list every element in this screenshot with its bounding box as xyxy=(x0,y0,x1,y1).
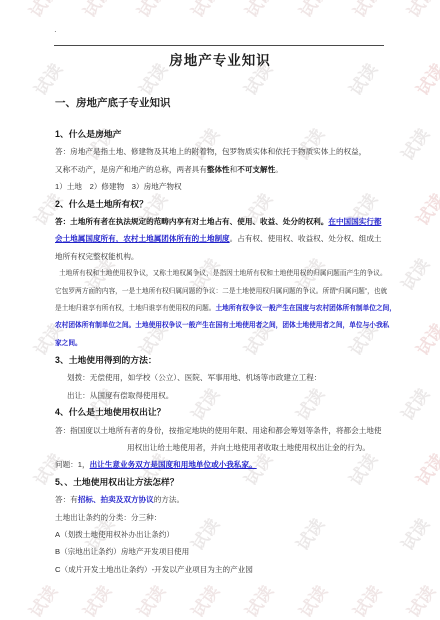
watermark-text: 试读 xyxy=(409,447,440,489)
watermark-text: 试读 xyxy=(400,579,440,620)
text-run: 1、什么是房地产 xyxy=(55,129,121,139)
watermark-text: 试读 xyxy=(292,0,332,22)
text-run: 答：房地产是指土地、修建物及其地上的附着物，包罗物质实体和依托于物质实体上的权益… xyxy=(55,147,366,156)
doc-line: 3、土地使用得到的方法： xyxy=(55,352,387,369)
watermark-text: 试读 xyxy=(130,0,170,22)
doc-line: 会土地属国度所有，农村土地属团体所有的土地制度。占有权、使用权、收益权、处分权、… xyxy=(55,230,387,247)
text-run: A（划拨土地使用权补办出让条约） xyxy=(55,530,174,539)
text-run: 答：指国度以土地所有者的身份，按指定地块的使用年限、用途和都会筹划等条件，将都会… xyxy=(55,426,382,435)
watermark-text: 试读 xyxy=(76,579,116,620)
text-run: 3、土地使用得到的方法： xyxy=(55,355,157,365)
doc-line: 答：指国度以土地所有者的身份，按指定地块的使用年限、用途和都会筹划等条件，将都会… xyxy=(55,422,387,439)
watermark-text: 试读 xyxy=(394,382,434,424)
doc-line: B（宗地出让条约）房地产开发项目使用 xyxy=(55,543,387,560)
text-run: 家之间。 xyxy=(55,340,82,347)
doc-line: 答：有招标、拍卖及双方协议的方法。 xyxy=(55,491,387,508)
text-run: 。占有权、使用权、收益权、处分权、组成土 xyxy=(230,234,382,243)
watermark-text: 试读 xyxy=(394,122,434,164)
text-run: C（成片开发土地出让条约）-开发以产业项目为主的产业园 xyxy=(55,565,253,574)
text-run: 土地所有权争议一般产生在国度与农村团体所有制单位之间， xyxy=(216,305,397,312)
text-run: 2、什么是土地所有权？ xyxy=(55,199,148,209)
doc-line: 1、什么是房地产 xyxy=(55,126,387,143)
text-run: 出让生意业务双方是国度和用地单位或小我私家。 xyxy=(90,460,257,469)
text-run: 1）土地 2）修建物 3）房地产物权 xyxy=(55,182,182,191)
doc-line: 地所有权完整权能机构。 xyxy=(55,248,387,265)
doc-line: 用权出让给土地使用者，并向土地使用者收取土地使用权出让金的行为。 xyxy=(55,439,387,456)
text-run: 土地所有权和土地使用权争议，又称土地权属争议，是指因土地所有权和土地使用权的归属… xyxy=(59,270,387,277)
text-run: 整体性 xyxy=(207,165,230,174)
text-run: 招标、拍卖及双方协议 xyxy=(78,495,154,504)
header-rule xyxy=(54,45,384,46)
watermark-text: 试读 xyxy=(394,512,434,554)
doc-line: 5、、土地使用权出让方法怎样？ xyxy=(55,474,387,491)
watermark-text: 试读 xyxy=(292,579,332,620)
watermark-text: 试读 xyxy=(346,579,386,620)
watermark-text: 试读 xyxy=(22,579,62,620)
text-run: 地所有权完整权能机构。 xyxy=(55,252,139,261)
doc-line: 出让：从国度有偿取得使用权。 xyxy=(55,387,387,404)
text-run: 划拨：无偿使用，如学校（公立）、医院、军事用地、机场等市政建立工程： xyxy=(67,373,321,382)
watermark-text: 试读 xyxy=(76,0,116,22)
text-run: 它包罗两方面的内容，一是土地所有权归属问题的争议：二是土地使用权归属问题的争议。… xyxy=(55,288,387,295)
watermark-text: 试读 xyxy=(394,252,434,294)
text-run: 答：土地所有者在执法规定的范畴内享有对土地占有、使用、收益、处分的权利。 xyxy=(55,217,328,226)
section-heading: 一、房地产底子专业知识 xyxy=(55,95,171,110)
doc-line: 答：土地所有者在执法规定的范畴内享有对土地占有、使用、收益、处分的权利。在中国国… xyxy=(55,213,387,230)
doc-line: 是土地归谁享有所有权，土地归谁享有使用权的问题。土地所有权争议一般产生在国度与农… xyxy=(55,300,387,317)
doc-line: 1）土地 2）修建物 3）房地产物权 xyxy=(55,178,387,195)
document-body: 1、什么是房地产答：房地产是指土地、修建物及其地上的附着物，包罗物质实体和依托于… xyxy=(55,126,387,578)
doc-line: 家之间。 xyxy=(55,335,387,352)
text-run: 会土地属国度所有，农村土地属团体所有的土地制度 xyxy=(55,234,230,243)
doc-line: C（成片开发土地出让条约）-开发以产业项目为主的产业园 xyxy=(55,561,387,578)
watermark-text: 试读 xyxy=(238,579,278,620)
doc-line: 农村团体所有制单位之间。土地使用权争议一般产生在国有土地使用者之间，团体土地使用… xyxy=(55,317,387,334)
text-run: 是土地归谁享有所有权，土地归谁享有使用权的问题。 xyxy=(55,305,216,312)
document-page: 试读试读试读试读试读试读试读试读试读试读试读试读试读试读试读试读试读试读试读试读… xyxy=(0,0,440,620)
text-run: 5、、土地使用权出让方法怎样？ xyxy=(55,477,179,487)
doc-line: 土地所有权和土地使用权争议，又称土地权属争议，是指因土地所有权和土地使用权的归属… xyxy=(55,265,387,282)
doc-line: 4、什么是土地使用权出让？ xyxy=(55,404,387,421)
text-run: 的方法。 xyxy=(154,495,184,504)
doc-line: 问题：1，出让生意业务双方是国度和用地单位或小我私家。 xyxy=(55,456,387,473)
watermark-text: 试读 xyxy=(184,0,224,22)
doc-line: A（划拨土地使用权补办出让条约） xyxy=(55,526,387,543)
watermark-text: 试读 xyxy=(238,0,278,22)
text-run: 又称不动产，是房产和地产的总称，两者具有 xyxy=(55,165,207,174)
text-run: B（宗地出让条约）房地产开发项目使用 xyxy=(55,547,189,556)
text-run: 用权出让给土地使用者，并向土地使用者收取土地使用权出让金的行为。 xyxy=(127,443,370,452)
text-run: 农村团体所有制单位之间。土地使用权争议一般产生在国有土地使用者之间，团体土地使用… xyxy=(55,322,389,329)
doc-line: 又称不动产，是房产和地产的总称，两者具有整体性和不可支解性。 xyxy=(55,161,387,178)
text-run: 。 xyxy=(275,165,283,174)
text-run: 4、什么是土地使用权出让？ xyxy=(55,407,165,417)
text-run: 问题：1， xyxy=(55,460,90,469)
doc-line: 2、什么是土地所有权？ xyxy=(55,196,387,213)
watermark-text: 试读 xyxy=(346,0,386,22)
watermark-text: 试读 xyxy=(22,0,62,22)
watermark-text: 试读 xyxy=(400,0,440,22)
watermark-text: 试读 xyxy=(409,317,440,359)
watermark-text: 试读 xyxy=(130,579,170,620)
doc-line: 土地出让条约的分类：分三种： xyxy=(55,509,387,526)
document-title: 房地产专业知识 xyxy=(0,49,440,69)
text-run: 土地出让条约的分类：分三种： xyxy=(55,513,161,522)
doc-line: 它包罗两方面的内容，一是土地所有权归属问题的争议：二是土地使用权归属问题的争议。… xyxy=(55,283,387,300)
text-run: 在中国国实行都 xyxy=(328,217,381,226)
watermark-text: 试读 xyxy=(409,187,440,229)
text-run: 出让：从国度有偿取得使用权。 xyxy=(67,391,173,400)
doc-line: 划拨：无偿使用，如学校（公立）、医院、军事用地、机场等市政建立工程： xyxy=(55,369,387,386)
text-run: 不可支解性 xyxy=(237,165,275,174)
header-mark: · xyxy=(54,27,57,36)
doc-line: 答：房地产是指土地、修建物及其地上的附着物，包罗物质实体和依托于物质实体上的权益… xyxy=(55,143,387,160)
watermark-text: 试读 xyxy=(184,579,224,620)
text-run: 答：有 xyxy=(55,495,78,504)
